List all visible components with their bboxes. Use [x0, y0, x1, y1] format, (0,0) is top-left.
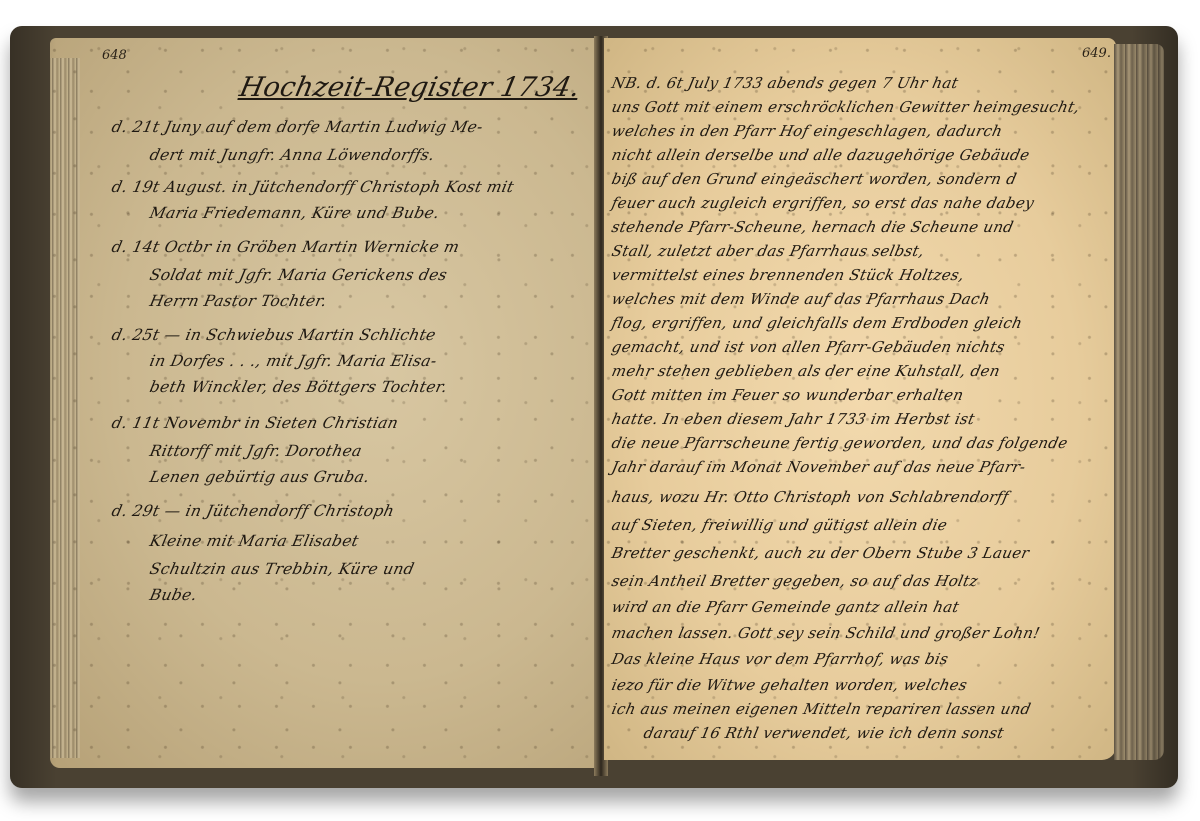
folio-number-left: 648	[102, 48, 127, 63]
narrative-line: iezo für die Witwe gehalten worden, welc…	[610, 676, 969, 694]
folio-number-right: 649.	[1082, 46, 1111, 61]
narrative-line: biß auf den Grund eingeäschert worden, s…	[610, 170, 1018, 188]
narrative-line: vermittelst eines brennenden Stück Holtz…	[610, 266, 966, 284]
narrative-line: uns Gott mit einem erschröcklichen Gewit…	[610, 98, 1081, 116]
register-title: Hochzeit-Register 1734.	[237, 72, 583, 103]
narrative-line: flog, ergriffen, und gleichfalls dem Erd…	[610, 314, 1024, 332]
narrative-line: mehr stehen geblieben als der eine Kuhst…	[610, 362, 1002, 380]
narrative-line: haus, wozu Hr. Otto Christoph von Schlab…	[610, 488, 1010, 506]
entry-line: Rittorff mit Jgfr. Dorothea	[148, 442, 364, 460]
entry-line: Bube.	[148, 586, 199, 604]
narrative-line: nicht allein derselbe und alle dazugehör…	[610, 146, 1031, 164]
entry-line: Lenen gebürtig aus Gruba.	[148, 468, 371, 486]
entry-line: dert mit Jungfr. Anna Löwendorffs.	[148, 146, 436, 164]
entry-line: d. 25t — in Schwiebus Martin Schlichte	[110, 326, 438, 344]
narrative-line: auf Sieten, freiwillig und gütigst allei…	[610, 516, 949, 534]
narrative-line: machen lassen. Gott sey sein Schild und …	[610, 624, 1042, 642]
narrative-line: welches mit dem Winde auf das Pfarrhaus …	[610, 290, 992, 308]
narrative-line: stehende Pfarr-Scheune, hernach die Sche…	[610, 218, 1015, 236]
narrative-line: darauf 16 Rthl verwendet, wie ich denn s…	[642, 724, 1006, 742]
narrative-line: wird an die Pfarr Gemeinde gantz allein …	[610, 598, 961, 616]
entry-line: in Dorfes . . ., mit Jgfr. Maria Elisa-	[148, 352, 438, 370]
narrative-line: Jahr darauf im Monat November auf das ne…	[610, 458, 1027, 476]
entry-line: Schultzin aus Trebbin, Küre und	[148, 560, 416, 578]
narrative-line: hatte. In eben diesem Jahr 1733 im Herbs…	[610, 410, 976, 428]
narrative-line: gemacht, und ist von allen Pfarr-Gebäude…	[610, 338, 1006, 356]
book-cover: 648 Hochzeit-Register 1734. d. 21t Juny …	[10, 26, 1178, 788]
narrative-line: Das kleine Haus vor dem Pfarrhof, was bi…	[610, 650, 950, 668]
narrative-line: die neue Pfarrscheune fertig geworden, u…	[610, 434, 1069, 452]
right-page-edges	[1114, 44, 1164, 760]
entry-line: d. 21t Juny auf dem dorfe Martin Ludwig …	[110, 118, 485, 136]
narrative-line: ich aus meinen eigenen Mitteln repariren…	[610, 700, 1033, 718]
narrative-line: Gott mitten im Feuer so wunderbar erhalt…	[610, 386, 965, 404]
narrative-line: welches in den Pfarr Hof eingeschlagen, …	[610, 122, 1004, 140]
entry-line: beth Winckler, des Böttgers Tochter.	[148, 378, 449, 396]
narrative-line: sein Antheil Bretter gegeben, so auf das…	[610, 572, 980, 590]
entry-line: d. 11t Novembr in Sieten Christian	[110, 414, 400, 432]
narrative-line: feuer auch zugleich ergriffen, so erst d…	[610, 194, 1036, 212]
narrative-line: NB. d. 6t July 1733 abends gegen 7 Uhr h…	[610, 74, 960, 92]
narrative-line: Bretter geschenkt, auch zu der Obern Stu…	[610, 544, 1031, 562]
right-page: 649. NB. d. 6t July 1733 abends gegen 7 …	[604, 38, 1116, 760]
entry-line: Kleine mit Maria Elisabet	[148, 532, 360, 550]
entry-line: Herrn Pastor Tochter.	[148, 292, 329, 310]
entry-line: d. 14t Octbr in Gröben Martin Wernicke m	[110, 238, 461, 256]
narrative-line: Stall, zuletzt aber das Pfarrhaus selbst…	[610, 242, 926, 260]
entry-line: Soldat mit Jgfr. Maria Gerickens des	[148, 266, 449, 284]
entry-line: d. 29t — in Jütchendorff Christoph	[110, 502, 396, 520]
left-page: 648 Hochzeit-Register 1734. d. 21t Juny …	[50, 38, 598, 768]
entry-line: d. 19t August. in Jütchendorff Christoph…	[110, 178, 516, 196]
left-page-edges	[50, 58, 80, 758]
entry-line: Maria Friedemann, Küre und Bube.	[148, 204, 441, 222]
